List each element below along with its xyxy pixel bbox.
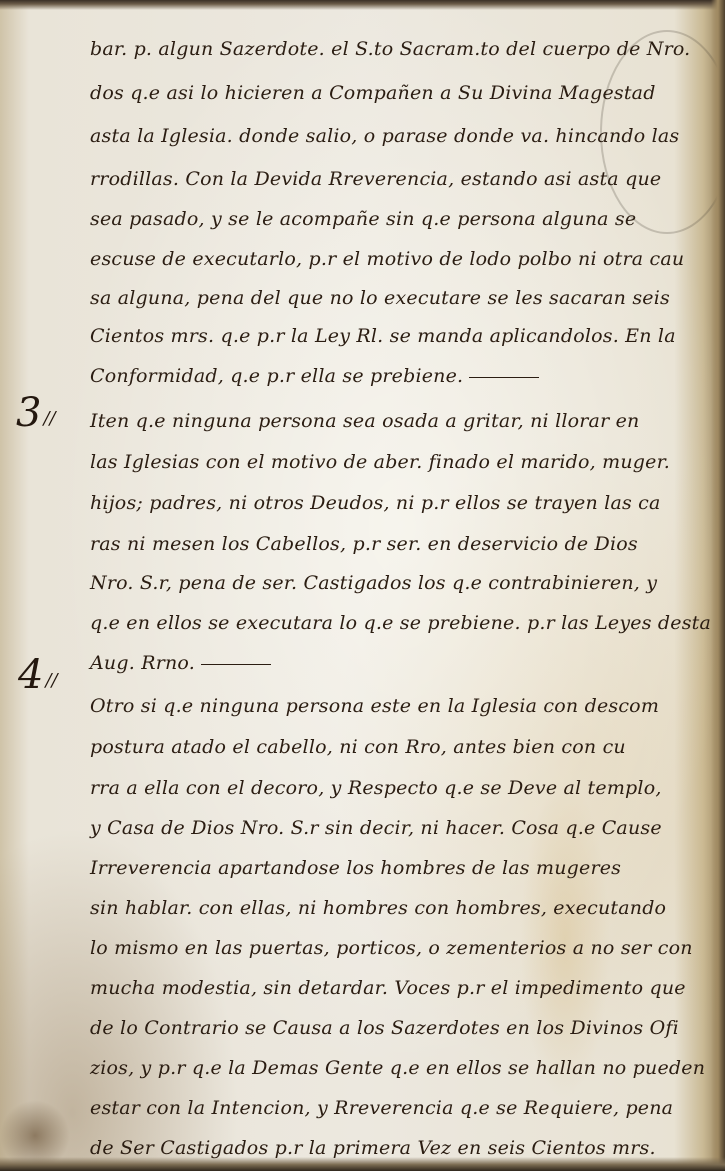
text-line: bar. p. algun Sazerdote. el S.to Sacram.… [90,38,710,60]
text-line: escuse de executarlo, p.r el motivo de l… [90,248,710,270]
text-line: de Ser Castigados p.r la primera Vez en … [90,1137,710,1159]
text-line: Irreverencia apartandose los hombres de … [90,857,710,879]
text-line-content: Aug. Rrno. [90,652,195,674]
text-line: rrodillas. Con la Devida Rreverencia, es… [90,168,710,190]
manuscript-page: bar. p. algun Sazerdote. el S.to Sacram.… [0,0,725,1171]
text-line: sa alguna, pena del que no lo executare … [90,287,710,309]
text-line: sin hablar. con ellas, ni hombres con ho… [90,897,710,919]
text-line: dos q.e asi lo hicieren a Compañen a Su … [90,82,710,104]
text-line: las Iglesias con el motivo de aber. fina… [90,451,710,473]
text-line: de lo Contrario se Causa a los Sazerdote… [90,1017,710,1039]
text-line: Nro. S.r, pena de ser. Castigados los q.… [90,572,710,594]
text-line: lo mismo en las puertas, porticos, o zem… [90,937,710,959]
text-line-content: Conformidad, q.e p.r ella se prebiene. [90,365,463,387]
section-number-label: 4 [18,652,43,698]
section-number-4: 4// [18,652,58,698]
text-line: hijos; padres, ni otros Deudos, ni p.r e… [90,492,710,514]
manuscript-text: bar. p. algun Sazerdote. el S.to Sacram.… [0,0,725,1171]
text-line: estar con la Intencion, y Rreverencia q.… [90,1097,710,1119]
text-line: postura atado el cabello, ni con Rro, an… [90,736,710,758]
text-line: rra a ella con el decoro, y Respecto q.e… [90,777,710,799]
section-mark-slashes: // [45,670,57,691]
text-line: Aug. Rrno. [90,652,710,674]
text-line: Iten q.e ninguna persona sea osada a gri… [90,410,710,432]
text-line: y Casa de Dios Nro. S.r sin decir, ni ha… [90,817,710,839]
text-line: asta la Iglesia. donde salio, o parase d… [90,125,710,147]
line-filler-rule [469,377,539,378]
text-line: ras ni mesen los Cabellos, p.r ser. en d… [90,533,710,555]
section-number-3: 3// [16,390,56,436]
text-line: zios, y p.r q.e la Demas Gente q.e en el… [90,1057,710,1079]
text-line: mucha modestia, sin detardar. Voces p.r … [90,977,710,999]
text-line: q.e en ellos se executara lo q.e se preb… [90,612,710,634]
section-number-label: 3 [16,390,41,436]
section-mark-slashes: // [43,408,55,429]
text-line: Otro si q.e ninguna persona este en la I… [90,695,710,717]
text-line: Cientos mrs. q.e p.r la Ley Rl. se manda… [90,325,710,347]
text-line: Conformidad, q.e p.r ella se prebiene. [90,365,710,387]
text-line: sea pasado, y se le acompañe sin q.e per… [90,208,710,230]
line-filler-rule [201,664,271,665]
